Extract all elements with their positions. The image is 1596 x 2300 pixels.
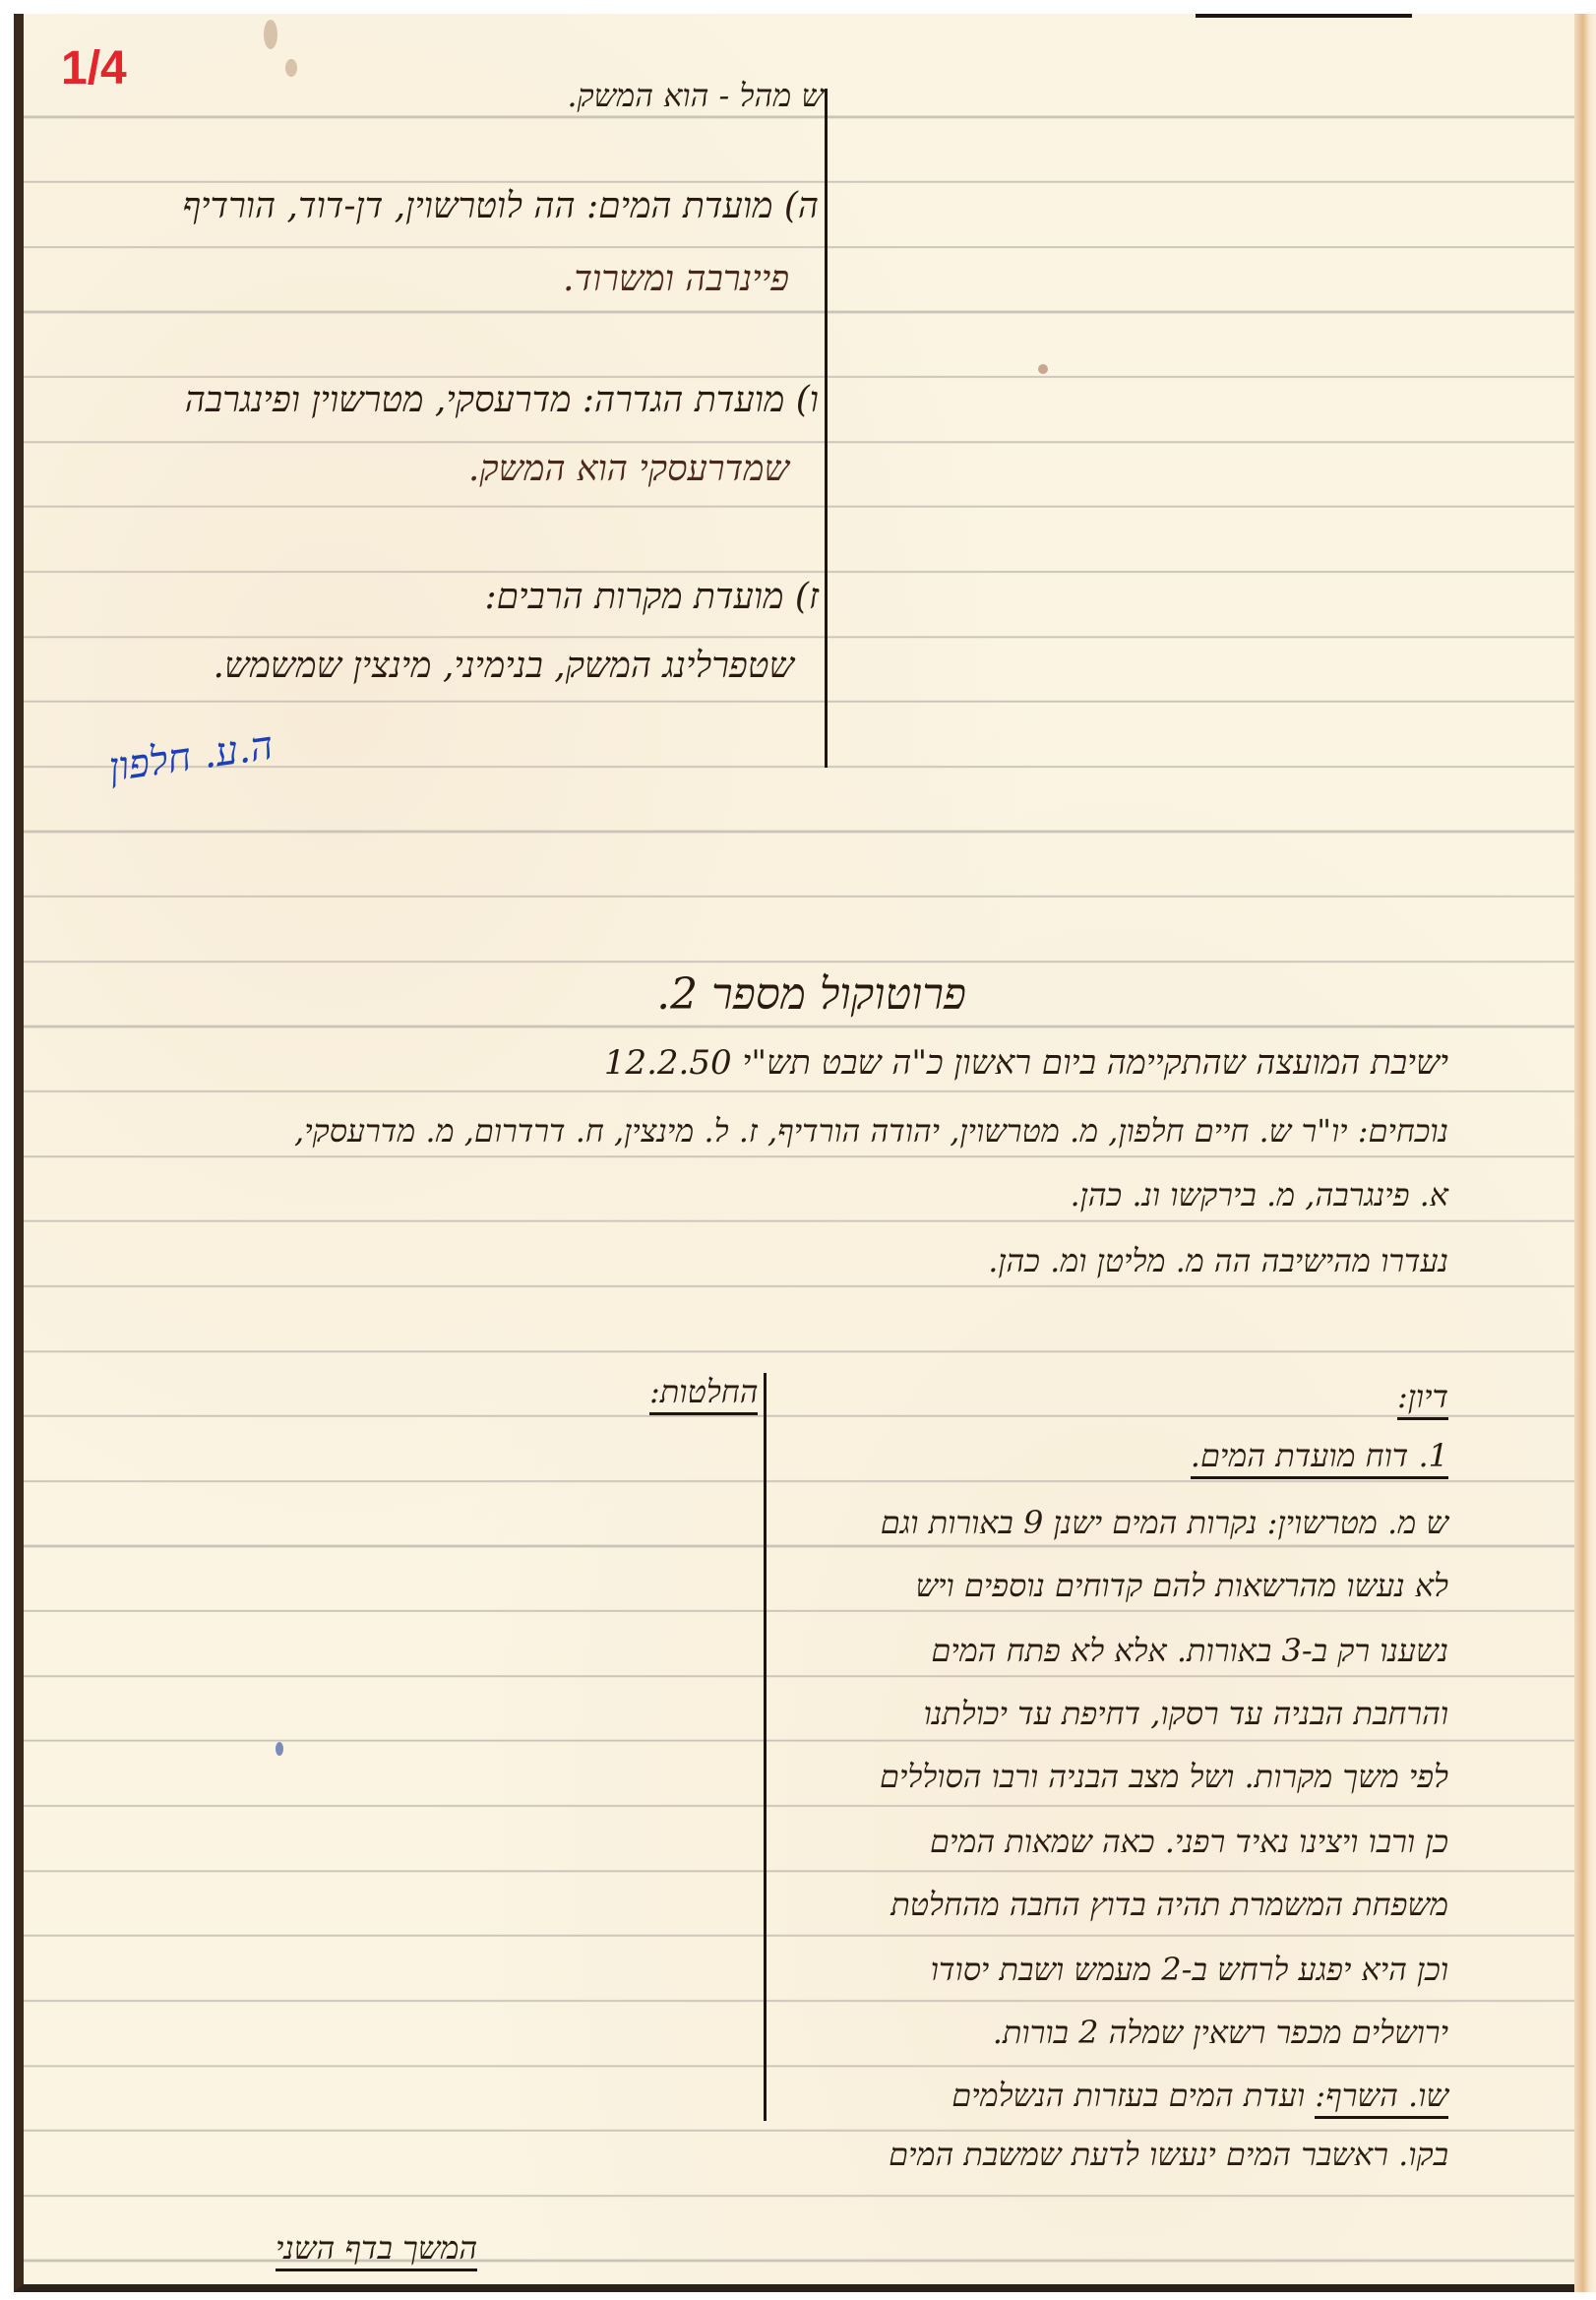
discussion-line: לפי משך מקרות. ושל מצב הבניה ורבו הסוללי…	[880, 1758, 1448, 1795]
protocol-title: פרוטוקול מספר 2.	[656, 969, 966, 1020]
continued-note: המשך בדף השני	[276, 2229, 477, 2267]
discussion-line: וכן היא יפגע לרחש ב-2 מעמש ושבת יסודו	[931, 1951, 1448, 1988]
item-water-committee-line1: ה) מועדת המים: הה לוטרשוין, דן-דוד, הורד…	[182, 185, 819, 226]
speaker2-line: שו. השרף: ועדת המים בעזרות הנשלמים	[951, 2077, 1448, 2114]
agenda-item-1-text: 1. דוח מועדת המים.	[1191, 1437, 1448, 1479]
discussion-header-text: דיון:	[1397, 1378, 1448, 1420]
column-divider-bottom	[764, 1373, 767, 2121]
item-fence-committee-line2: שמדרעסקי הוא המשק.	[468, 448, 789, 489]
page-number-label: 1/4	[61, 41, 127, 95]
decisions-header-text: החלטות:	[649, 1373, 758, 1415]
discussion-line: משפחת המשמרת תהיה בדוץ החבה מהחלטת	[890, 1886, 1448, 1923]
discussion-line: ש מ. מטרשוין: נקרות המים ישנן 9 באורות ו…	[881, 1504, 1448, 1541]
speaker2-line-2: בקו. ראשבר המים ינעשו לדעת שמשבת המים	[889, 2136, 1448, 2173]
protocol-date-line: ישיבת המועצה שהתקיימה ביום ראשון כ"ה שבט…	[604, 1043, 1448, 1083]
discussion-line: נשענו רק ב-3 באורות. אלא לא פתח המים	[931, 1632, 1448, 1669]
item-water-committee-line2: פיינרבה ומשרוד.	[563, 258, 789, 299]
discussion-line: כן ורבו ויצינו נאיד רפני. כאה שמאות המים	[930, 1823, 1448, 1860]
protocol-present-line2: א. פינגרבה, מ. בירקשו ונ. כהן.	[1070, 1176, 1448, 1213]
discussion-line: והרחבת הבניה עד רסקו, דחיפת עד יכולתנו	[924, 1695, 1448, 1732]
stain-mark	[285, 59, 297, 77]
ink-spot	[276, 1742, 283, 1756]
discussion-line: ירושלים מכפר רשאין שמלה 2 בורות.	[993, 2014, 1448, 2051]
discussion-header: דיון:	[1397, 1378, 1448, 1415]
stain-mark	[264, 20, 277, 49]
continued-note-text: המשך בדף השני	[276, 2229, 477, 2271]
discussion-line: לא נעשו מהרשאות להם קדוחים נוספים ויש	[915, 1567, 1448, 1604]
speaker2-text: ועדת המים בעזרות הנשלמים	[951, 2077, 1305, 2114]
protocol-absent-line: נעדרו מהישיבה הה מ. מליטן ומ. כהן.	[988, 1242, 1448, 1279]
heading-line: ש מהל - הוא המשק.	[567, 77, 824, 114]
item-third-committee-line1: ז) מועדת מקרות הרבים:	[485, 576, 820, 617]
item-fence-committee-line1: ו) מועדת הגדרה: מדרעסקי, מטרשוין ופינגרב…	[185, 379, 819, 420]
column-divider-top	[825, 89, 828, 768]
page-edge	[1574, 14, 1596, 2292]
agenda-item-1: 1. דוח מועדת המים.	[1191, 1437, 1448, 1474]
top-underline-mark	[1196, 14, 1412, 18]
item-third-committee-line2: שטפרלינג המשק, בנימיני, מינצין שמשמש.	[214, 645, 794, 686]
stain-mark	[1038, 364, 1048, 374]
speaker2-name: שו. השרף:	[1315, 2077, 1448, 2119]
protocol-present-line1: נוכחים: יו"ר ש. חיים חלפון, מ. מטרשוין, …	[294, 1112, 1448, 1150]
decisions-header: החלטות:	[649, 1373, 758, 1410]
